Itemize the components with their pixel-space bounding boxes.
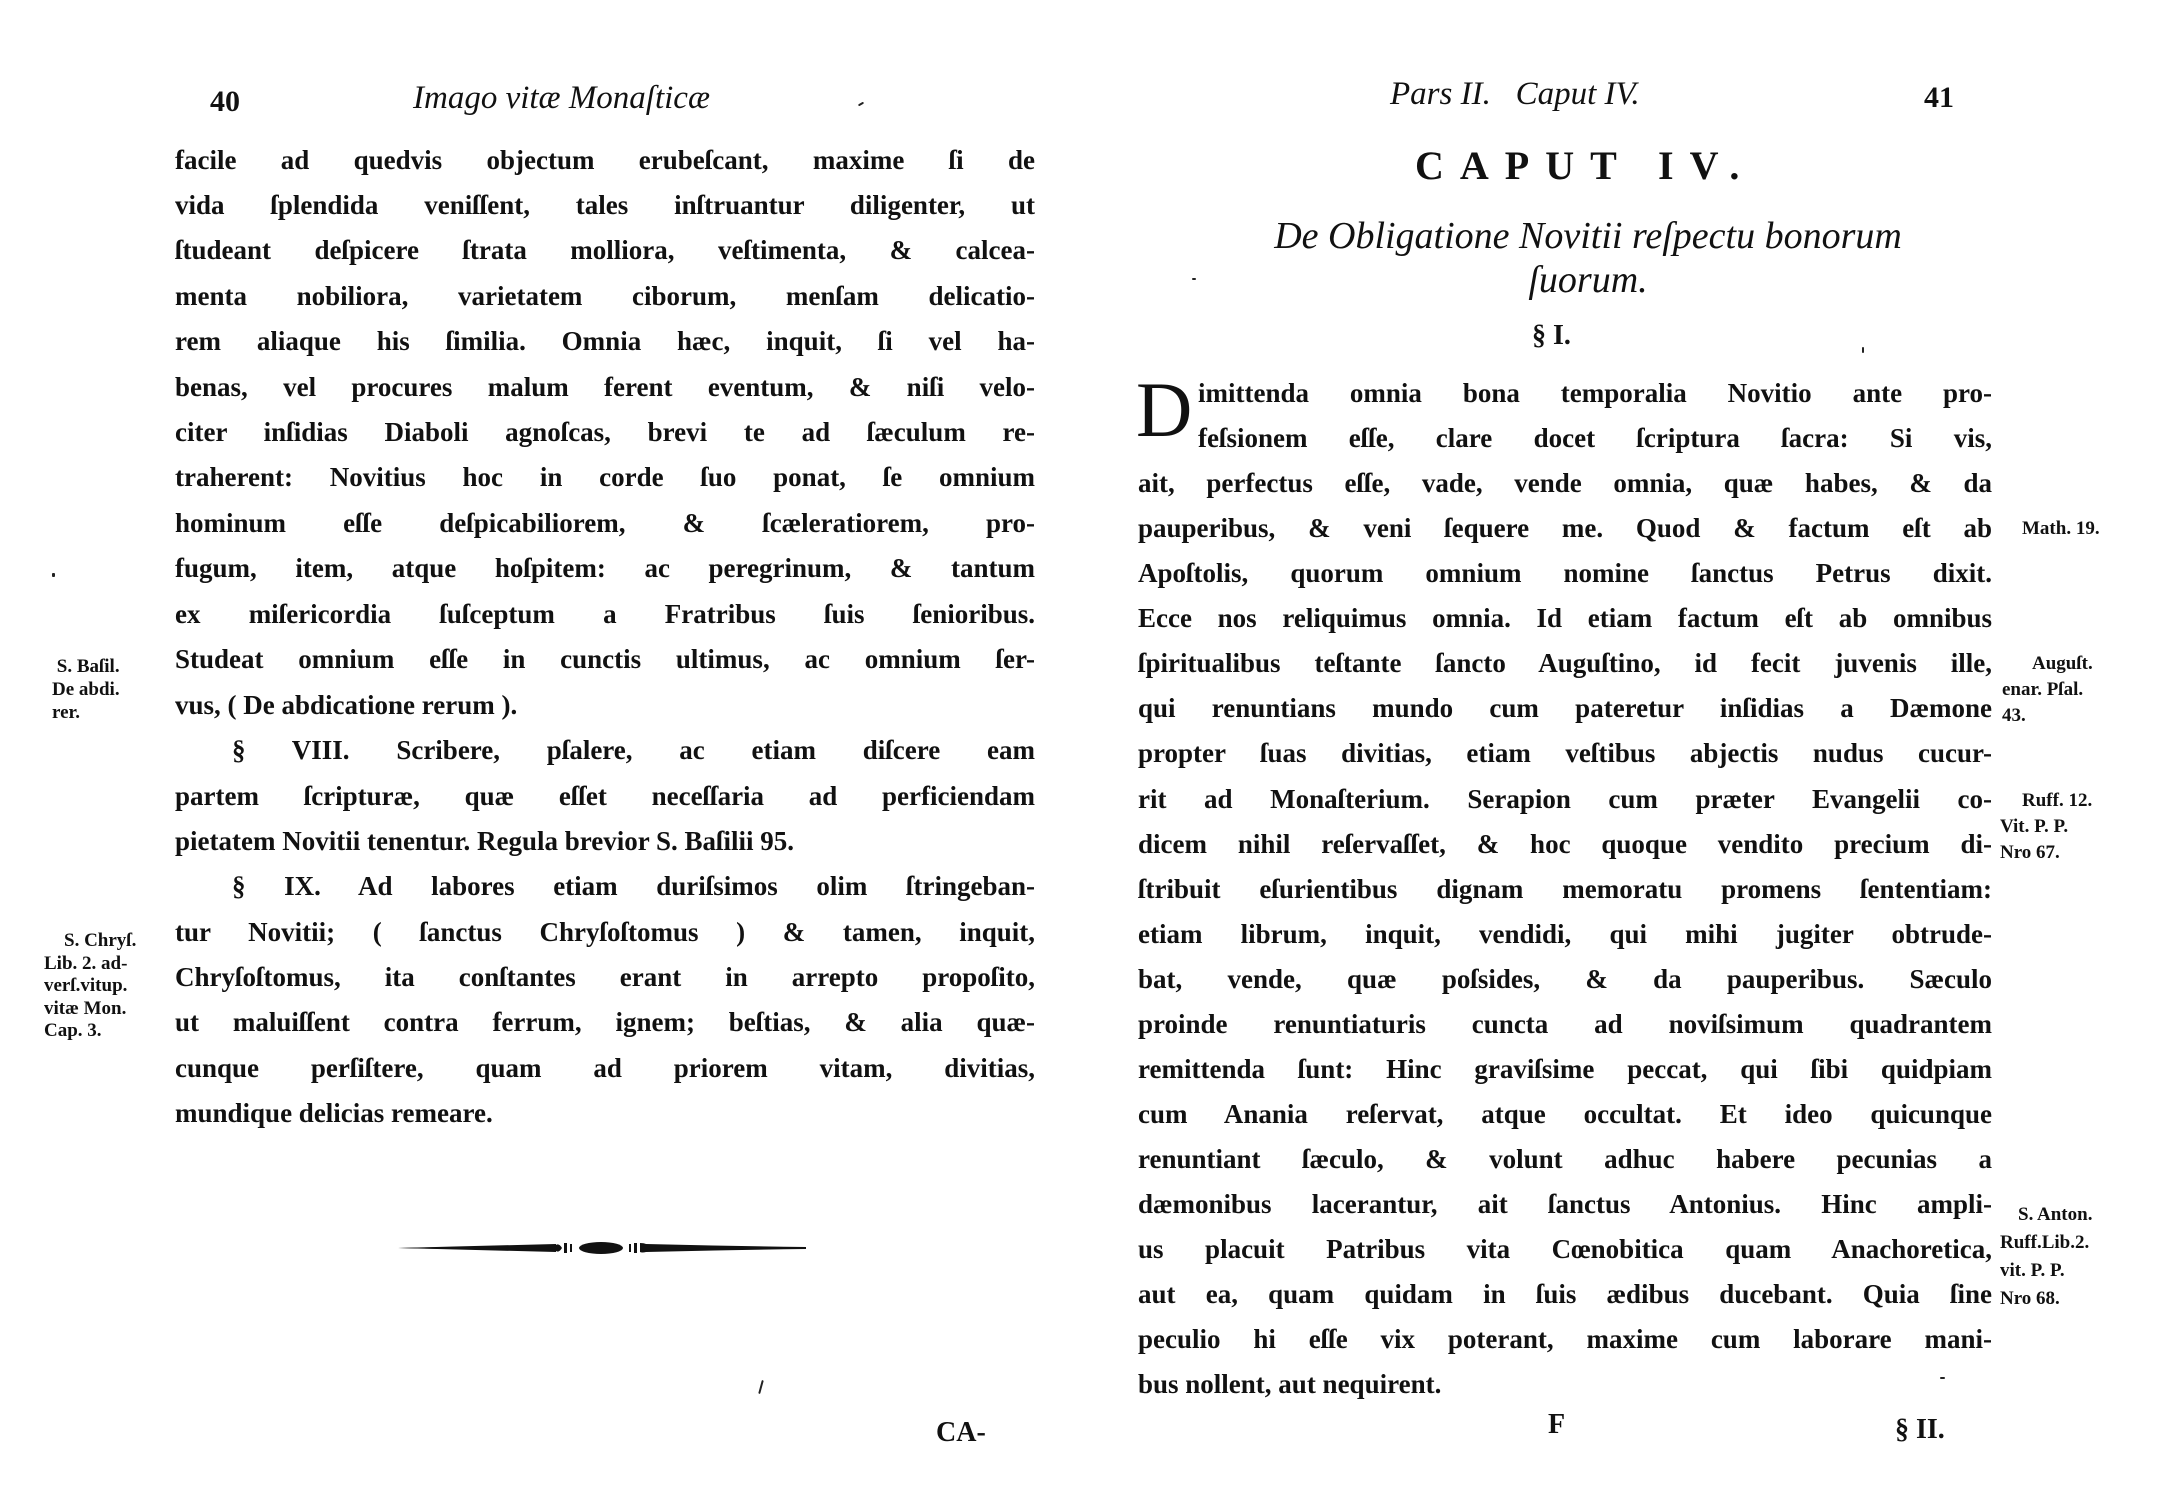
margin-note-line: Vit. P. P.: [2000, 814, 2092, 840]
scan-speck: [1862, 347, 1864, 353]
margin-note-chrysostom: S. Chryſ. Lib. 2. ad- verſ.vitup. vitæ M…: [44, 930, 136, 1043]
page-number: 41: [1924, 78, 1954, 118]
scan-speck: [52, 573, 55, 577]
margin-note-line: Nro 68.: [2000, 1285, 2092, 1313]
text-line: peculio hi eſſe vix poterant, maxime cum…: [1138, 1317, 1992, 1362]
text-line: traherent: Novitius hoc in corde ſuo pon…: [175, 455, 1035, 500]
text-line: cunque perſiſtere, quam ad priorem vitam…: [175, 1046, 1035, 1091]
text-line: aut ea, quam quidam in ſuis ædibus duceb…: [1138, 1272, 1992, 1317]
text-line: remittenda ſunt: Hinc graviſsime peccat,…: [1138, 1047, 1992, 1092]
margin-note-line: S. Chryſ.: [44, 930, 136, 953]
text-line: dicem nihil reſervaſſet, & hoc quoque ve…: [1138, 822, 1992, 867]
margin-note-line: S. Baſil.: [52, 655, 120, 678]
text-line: Apoſtolis, quorum omnium nomine ſanctus …: [1138, 551, 1992, 596]
text-line: vus, ( De abdicatione rerum ).: [175, 683, 1035, 728]
page-number: 40: [210, 82, 240, 122]
margin-note-line: vit. P. P.: [2000, 1257, 2092, 1285]
margin-note-line: De abdi.: [52, 678, 120, 701]
text-line: citer inſidias Diaboli agnoſcas, brevi t…: [175, 410, 1035, 455]
text-line: cum Anania reſervat, atque occultat. Et …: [1138, 1092, 1992, 1137]
scan-speck: [1940, 1377, 1945, 1379]
chapter-subtitle-cont: ſuorum.: [1138, 258, 2038, 302]
margin-note-line: Cap. 3.: [44, 1020, 136, 1043]
tailpiece-ornament: [396, 1240, 808, 1256]
text-line: etiam librum, inquit, vendidi, qui mihi …: [1138, 912, 1992, 957]
text-line: qui renuntians mundo cum pateretur inſid…: [1138, 686, 1992, 731]
text-line: vida ſplendida veniſſent, tales inſtruan…: [175, 183, 1035, 228]
drop-cap: D: [1136, 377, 1192, 443]
section-viii-line: § VIII. Scribere, pſalere, ac etiam diſc…: [232, 728, 1035, 773]
text-line: us placuit Patribus vita Cœnobitica quam…: [1138, 1227, 1992, 1272]
text-line: dæmonibus lacerantur, ait ſanctus Antoni…: [1138, 1182, 1992, 1227]
running-head: Imago vitæ Monaſticæ: [413, 78, 710, 118]
scan-speck: [1192, 278, 1196, 280]
section-heading: § I.: [1532, 321, 1571, 351]
text-line: pauperibus, & veni ſequere me. Quod & fa…: [1138, 506, 1992, 551]
text-line: Ecce nos reliquimus omnia. Id etiam fact…: [1138, 596, 1992, 641]
margin-note-line: S. Anton.: [2000, 1201, 2092, 1229]
text-line: ſtribuit eſurientibus dignam memoratu pr…: [1138, 867, 1992, 912]
text-line: partem ſcripturæ, quæ eſſet neceſſaria a…: [175, 774, 1035, 819]
text-line: menta nobiliora, varietatem ciborum, men…: [175, 274, 1035, 319]
scan-speck: [858, 102, 864, 107]
text-line: pietatem Novitii tenentur. Regula brevio…: [175, 819, 1035, 864]
text-line: Studeat omnium eſſe in cunctis ultimus, …: [175, 637, 1035, 682]
text-line: facile ad quedvis objectum erubeſcant, m…: [175, 138, 1035, 183]
margin-note-line: enar. Pſal.: [2002, 677, 2093, 703]
catchword: CA-: [936, 1416, 986, 1450]
text-line: rem aliaque his ſimilia. Omnia hæc, inqu…: [175, 319, 1035, 364]
right-page: Pars II. Caput IV. 41 CAPUT IV. De Oblig…: [1082, 0, 2164, 1500]
text-line: bat, vende, quæ poſsides, & da pauperibu…: [1138, 957, 1992, 1002]
margin-note-line: Nro 67.: [2000, 840, 2092, 866]
text-line: feſsionem eſſe, clare docet ſcriptura ſa…: [1198, 416, 1992, 461]
text-line: Chryſoſtomus, ita conſtantes erant in ar…: [175, 955, 1035, 1000]
text-line: rit ad Monaſterium. Serapion cum præter …: [1138, 777, 1992, 822]
text-line: ait, perfectus eſſe, vade, vende omnia, …: [1138, 461, 1992, 506]
section-ix-line: § IX. Ad labores etiam duriſsimos olim ſ…: [232, 864, 1035, 909]
margin-note-line: rer.: [52, 701, 120, 724]
scan-speck: [758, 1380, 764, 1394]
text-line: mundique delicias remeare.: [175, 1091, 1035, 1136]
text-line: bus nollent, aut nequirent.: [1138, 1362, 1992, 1407]
margin-note-matthew: Math. 19.: [2022, 517, 2100, 540]
text-line: renuntiant ſæculo, & volunt adhuc habere…: [1138, 1137, 1992, 1182]
margin-note-line: 43.: [2002, 703, 2093, 729]
margin-note-line: Ruff.Lib.2.: [2000, 1229, 2092, 1257]
text-line: benas, vel procures malum ferent eventum…: [175, 365, 1035, 410]
text-line: imittenda omnia bona temporalia Novitio …: [1198, 371, 1992, 416]
text-line: ut maluiſſent contra ferrum, ignem; beſt…: [175, 1000, 1035, 1045]
text-line: propter ſuas divitias, etiam veſtibus ab…: [1138, 731, 1992, 776]
text-line: ſpiritualibus teſtante ſancto Auguſtino,…: [1138, 641, 1992, 686]
margin-note-line: Math. 19.: [2022, 517, 2100, 540]
margin-note-antonius: S. Anton. Ruff.Lib.2. vit. P. P. Nro 68.: [2000, 1201, 2092, 1313]
running-head: Pars II. Caput IV.: [1390, 74, 1640, 114]
text-line: tur Novitii; ( ſanctus Chryſoſtomus ) & …: [175, 910, 1035, 955]
text-line: ex miſericordia ſuſceptum a Fratribus ſu…: [175, 592, 1035, 637]
margin-note-line: Lib. 2. ad-: [44, 953, 136, 976]
margin-note-line: Ruff. 12.: [2000, 788, 2092, 814]
margin-note-line: vitæ Mon.: [44, 998, 136, 1021]
chapter-title: CAPUT IV.: [1415, 144, 1755, 188]
chapter-subtitle: De Obligatione Novitii reſpectu bonorum: [1138, 214, 2038, 258]
margin-note-rufinus-12: Ruff. 12. Vit. P. P. Nro 67.: [2000, 788, 2092, 866]
left-page: 40 Imago vitæ Monaſticæ facile ad quedvi…: [0, 0, 1082, 1500]
text-line: proinde renuntiaturis cuncta ad noviſsim…: [1138, 1002, 1992, 1047]
text-line: hominum eſſe deſpicabiliorem, & ſcælerat…: [175, 501, 1035, 546]
catchword: § II.: [1895, 1413, 1945, 1447]
text-line: fugum, item, atque hoſpitem: ac peregrin…: [175, 546, 1035, 591]
margin-note-basil: S. Baſil. De abdi. rer.: [52, 655, 120, 724]
text-line: ſtudeant deſpicere ſtrata molliora, veſt…: [175, 228, 1035, 273]
signature-mark: F: [1548, 1408, 1565, 1442]
margin-note-augustine: Auguſt. enar. Pſal. 43.: [2002, 651, 2093, 729]
margin-note-line: Auguſt.: [2002, 651, 2093, 677]
margin-note-line: verſ.vitup.: [44, 975, 136, 998]
